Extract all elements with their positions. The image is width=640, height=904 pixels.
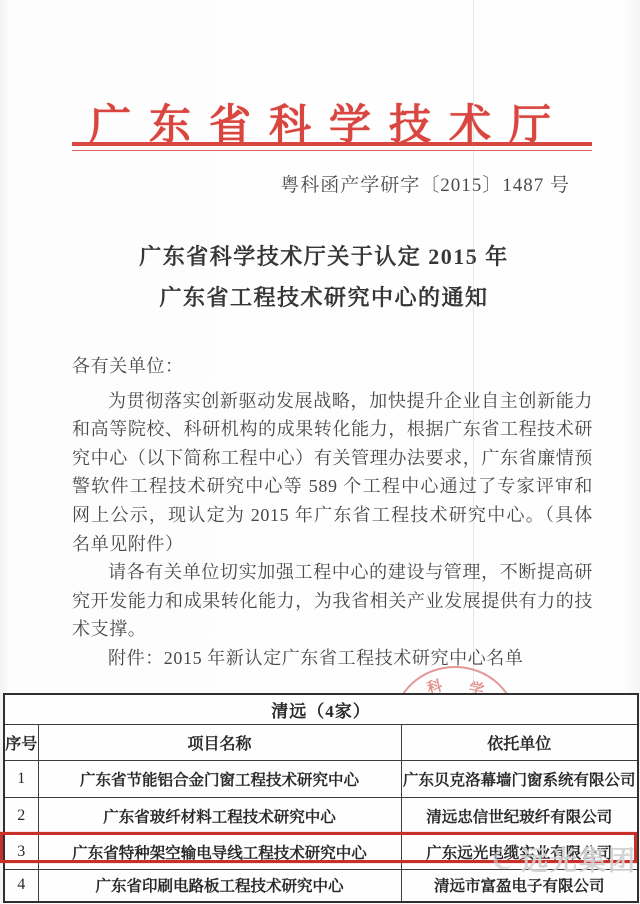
watermark-logo-icon (488, 844, 518, 874)
doc-number: 粤科函产学研字〔2015〕1487 号 (280, 170, 570, 197)
body-paragraph-1: 为贯彻落实创新驱动发展战略，加快提升企业自主创新能力和高等院校、科研机构的成果转… (72, 387, 593, 559)
notice-title-line2: 广东省工程技术研究中心的通知 (0, 277, 640, 318)
notice-title-line1: 广东省科学技术厅关于认定 2015 年 (0, 236, 640, 277)
col-header-name: 项目名称 (38, 725, 401, 761)
salutation: 各有关单位： (72, 352, 593, 381)
row-name: 广东省印刷电路板工程技术研究中心 (38, 870, 401, 902)
col-header-no: 序号 (4, 725, 38, 761)
row-name: 广东省特种架空输电导线工程技术研究中心 (38, 834, 401, 870)
table-row: 1广东省节能铝合金门窗工程技术研究中心广东贝克洛幕墙门窗系统有限公司 (4, 761, 638, 798)
body-paragraph-2: 请各有关单位切实加强工程中心的建设与管理，不断提高研究开发能力和成果转化能力，为… (72, 558, 593, 644)
divider-thin-line (72, 150, 592, 152)
table-region-row: 清远（4家） (4, 694, 638, 725)
document-page: 广东省科学技术厅 粤科函产学研字〔2015〕1487 号 广东省科学技术厅关于认… (0, 0, 640, 904)
row-name: 广东省玻纤材料工程技术研究中心 (38, 798, 401, 834)
table-region-title: 清远（4家） (4, 694, 638, 725)
row-no: 4 (4, 870, 38, 902)
notice-title: 广东省科学技术厅关于认定 2015 年 广东省工程技术研究中心的通知 (0, 236, 640, 318)
attachment-line: 附件：2015 年新认定广东省工程技术研究中心名单 (72, 644, 593, 673)
row-no: 1 (4, 761, 38, 798)
row-no: 3 (4, 834, 38, 870)
table-header-row: 序号 项目名称 依托单位 (4, 725, 638, 761)
row-org: 清远忠信世纪玻纤有限公司 (401, 798, 638, 834)
watermark-text: 远光集团 (521, 839, 637, 878)
row-no: 2 (4, 798, 38, 834)
col-header-org: 依托单位 (401, 725, 638, 761)
table-body: 1广东省节能铝合金门窗工程技术研究中心广东贝克洛幕墙门窗系统有限公司2广东省玻纤… (4, 761, 638, 902)
row-org: 广东贝克洛幕墙门窗系统有限公司 (401, 761, 638, 798)
letterhead-divider (72, 142, 592, 151)
watermark: 远光集团 (488, 839, 637, 878)
notice-body: 各有关单位： 为贯彻落实创新驱动发展战略，加快提升企业自主创新能力和高等院校、科… (72, 352, 593, 673)
row-name: 广东省节能铝合金门窗工程技术研究中心 (38, 761, 401, 798)
table-row: 2广东省玻纤材料工程技术研究中心清远忠信世纪玻纤有限公司 (4, 798, 638, 834)
divider-thick-line (72, 142, 592, 146)
